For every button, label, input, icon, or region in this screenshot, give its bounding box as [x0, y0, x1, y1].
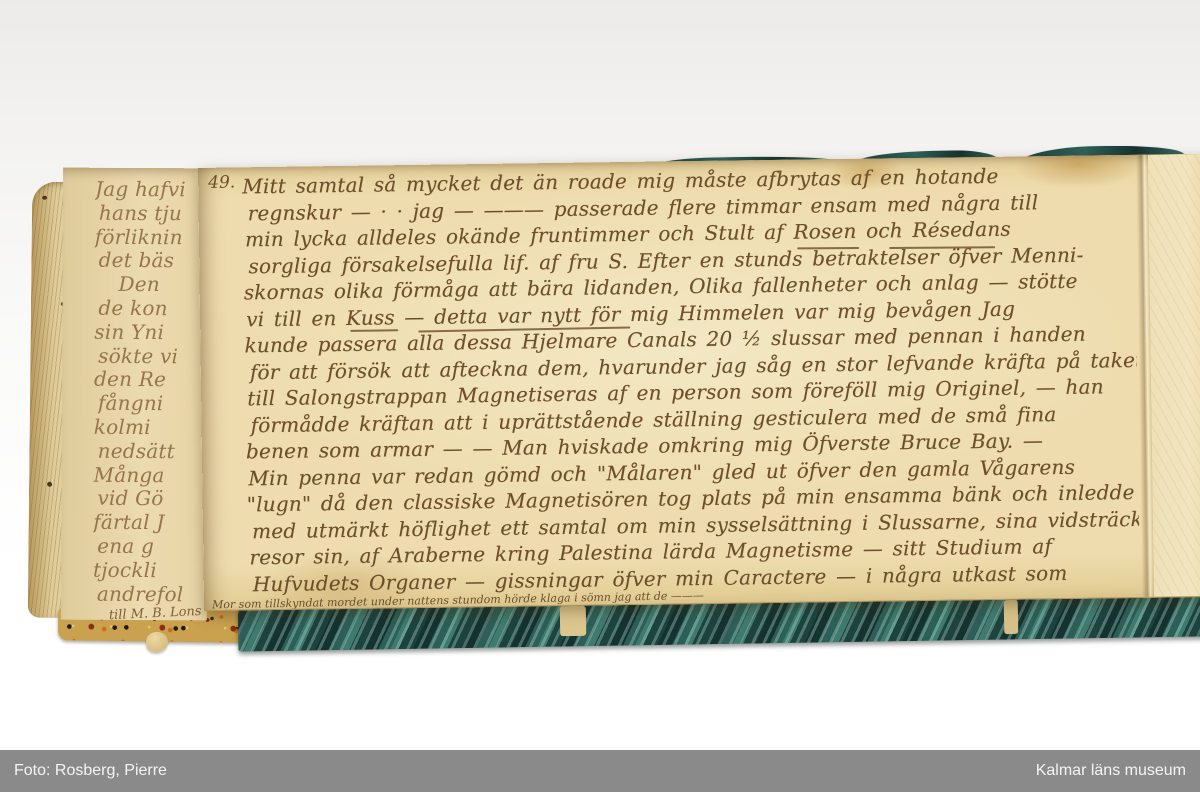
handwriting-line: det bäs [99, 249, 209, 273]
handwriting-line: Många [94, 463, 208, 487]
handwriting-line: sin Yni [94, 321, 208, 345]
credit-bar: Foto: Rosberg, Pierre Kalmar läns museum [0, 750, 1200, 792]
handwriting-line: förliknin [95, 225, 209, 249]
cover-tear-gap [1004, 600, 1019, 634]
handwriting-line: tjockli [93, 559, 207, 583]
stain-speck [42, 196, 47, 200]
right-page-lines: Mitt samtal så mycket det än roade mig m… [198, 155, 1140, 598]
handwriting-line: hans tju [99, 202, 209, 226]
right-page: 49. Mitt samtal så mycket det än roade m… [198, 154, 1200, 611]
handwriting-line: vid Gö [97, 487, 207, 511]
page-number: 49. [208, 172, 235, 192]
handwriting-line: de kon [98, 297, 208, 321]
handwriting-line: andrefol [97, 582, 207, 606]
handwriting-line: kolmi [94, 416, 208, 440]
ink-underline-rosen [797, 247, 859, 249]
handwriting-line: ena g [97, 535, 207, 559]
handwriting-line: fångni [98, 392, 208, 416]
stain-speck [47, 482, 52, 487]
handwriting-line: den Re [94, 368, 208, 392]
photographer-credit: Foto: Rosberg, Pierre [14, 762, 167, 780]
next-page-edge [1148, 154, 1200, 597]
museum-credit: Kalmar läns museum [1036, 762, 1186, 780]
handwriting-line: nedsätt [98, 440, 208, 464]
left-page: Jag hafvihans tjuförliknindet bäsDende k… [61, 168, 209, 621]
handwriting-line: Jag hafvi [95, 178, 209, 202]
photo-stage: Jag hafvihans tjuförliknindet bäsDende k… [0, 0, 1200, 792]
handwriting-line: Den [95, 273, 209, 297]
cover-tear-gap [560, 606, 587, 636]
left-page-lines: Jag hafvihans tjuförliknindet bäsDende k… [61, 168, 209, 607]
handwriting-line: sökte vi [98, 344, 208, 368]
handwriting-line: färtal J [93, 511, 207, 535]
